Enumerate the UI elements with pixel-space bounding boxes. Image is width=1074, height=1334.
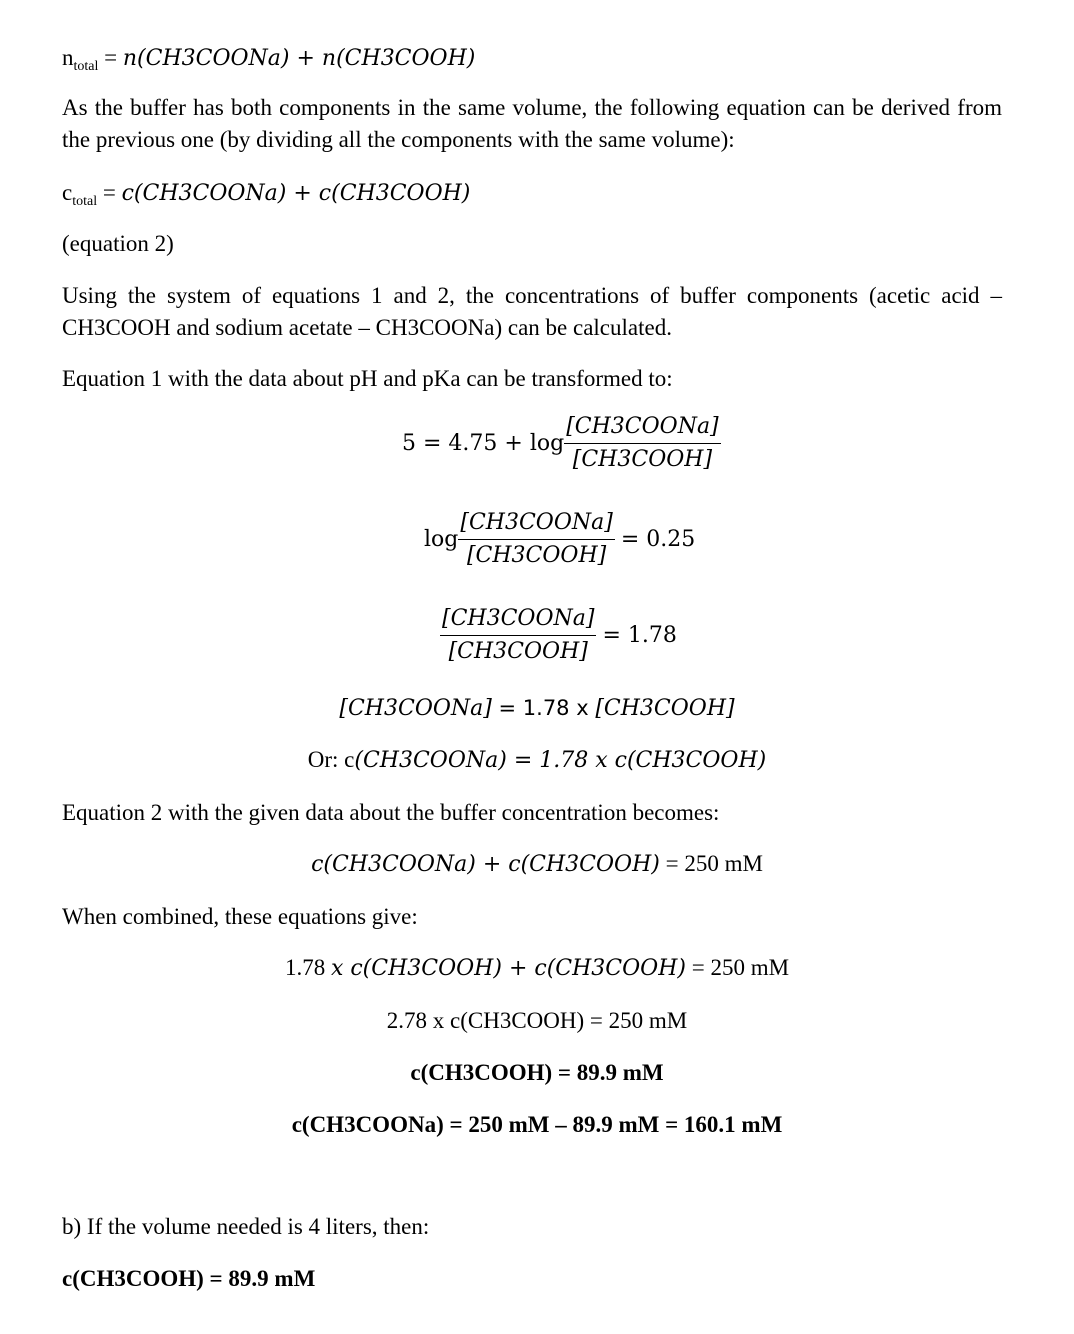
ntotal-subscript: total	[74, 59, 99, 74]
fraction-numerator: [CH3COONa]	[440, 604, 596, 636]
equals-sign: =	[104, 45, 123, 70]
equation-f-expression: c(CH3COONa) + c(CH3COOH)	[311, 852, 660, 877]
equation-1-intro: Equation 1 with the data about pH and pK…	[62, 363, 673, 395]
fraction-denominator: [CH3COOH]	[465, 540, 608, 571]
equation-a-lhs: 5 = 4.75 + log	[402, 431, 564, 456]
equation-g-expression: x c(CH3COOH) + c(CH3COOH)	[331, 956, 686, 981]
equation-d-mid: = 1.78 x	[492, 696, 595, 720]
part-b-acetic-acid: c(CH3COOH) = 89.9 mM	[62, 1263, 315, 1295]
equation-g-rhs: = 250 mM	[686, 955, 789, 980]
ctotal-subscript: total	[72, 194, 97, 209]
part-b-heading: b) If the volume needed is 4 liters, the…	[62, 1211, 429, 1243]
equation-2-label: (equation 2)	[62, 228, 174, 260]
ctotal-expression: c(CH3COONa) + c(CH3COOH)	[122, 181, 471, 206]
equation-b-rhs: = 0.25	[621, 527, 695, 552]
equation-2-intro: Equation 2 with the given data about the…	[62, 797, 719, 829]
equation-e-prefix: Or: c	[308, 747, 355, 772]
combined-intro: When combined, these equations give:	[62, 901, 418, 933]
ntotal-expression: n(CH3COONa) + n(CH3COOH)	[123, 46, 475, 71]
equation-e-expression: (CH3COONa) = 1.78 x c(CH3COOH)	[354, 748, 766, 773]
equation-c-rhs: = 1.78	[602, 623, 676, 648]
system-paragraph: Using the system of equations 1 and 2, t…	[62, 280, 1002, 344]
equals-sign: =	[103, 180, 122, 205]
fraction-numerator: [CH3COONa]	[564, 412, 720, 444]
result-sodium-acetate: c(CH3COONa) = 250 mM – 89.9 mM = 160.1 m…	[0, 1109, 1074, 1141]
equation-d-left: [CH3COONa]	[339, 696, 491, 721]
ntotal-symbol: n	[62, 45, 74, 70]
equation-e: Or: c(CH3COONa) = 1.78 x c(CH3COOH)	[0, 744, 1074, 777]
result-acetic-acid: c(CH3COOH) = 89.9 mM	[0, 1057, 1074, 1089]
ratio-fraction: [CH3COONa] [CH3COOH]	[564, 412, 720, 475]
equation-f: c(CH3COONa) + c(CH3COOH) = 250 mM	[0, 848, 1074, 881]
equation-d-right: [CH3COOH]	[595, 696, 734, 721]
fraction-denominator: [CH3COOH]	[571, 444, 714, 475]
buffer-paragraph: As the buffer has both components in the…	[62, 92, 1002, 156]
ratio-fraction: [CH3COONa] [CH3COOH]	[440, 604, 596, 667]
equation-b: log [CH3COONa] [CH3COOH] = 0.25	[424, 508, 695, 571]
equation-d: [CH3COONa] = 1.78 x [CH3COOH]	[0, 692, 1074, 725]
equation-g-coefficient: 1.78	[285, 955, 331, 980]
ratio-fraction: [CH3COONa] [CH3COOH]	[458, 508, 614, 571]
fraction-denominator: [CH3COOH]	[447, 636, 590, 667]
equation-h: 2.78 x c(CH3COOH) = 250 mM	[0, 1005, 1074, 1037]
ctotal-equation: ctotal = c(CH3COONa) + c(CH3COOH)	[62, 177, 470, 218]
ntotal-equation: ntotal = n(CH3COONa) + n(CH3COOH)	[62, 42, 475, 83]
equation-a: 5 = 4.75 + log [CH3COONa] [CH3COOH]	[402, 412, 721, 475]
equation-f-rhs: = 250 mM	[660, 851, 763, 876]
equation-c: [CH3COONa] [CH3COOH] = 1.78	[440, 604, 677, 667]
fraction-numerator: [CH3COONa]	[458, 508, 614, 540]
ctotal-symbol: c	[62, 180, 72, 205]
equation-g: 1.78 x c(CH3COOH) + c(CH3COOH) = 250 mM	[0, 952, 1074, 985]
log-label: log	[424, 527, 458, 552]
